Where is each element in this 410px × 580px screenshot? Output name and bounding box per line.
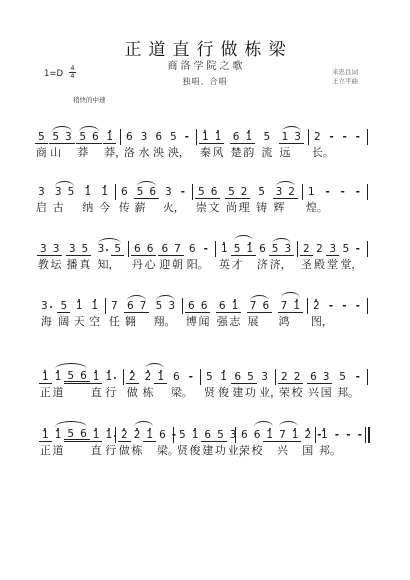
note-digit: 3 xyxy=(294,131,301,144)
note-digit: 6 xyxy=(134,243,141,256)
note-group: 6洛 xyxy=(123,131,136,144)
note: 5流 xyxy=(261,131,274,144)
barline xyxy=(367,369,368,385)
note-group: 1莽， xyxy=(103,131,116,144)
note: 6梁。 xyxy=(156,429,169,442)
note-digit: 5 xyxy=(198,186,205,199)
barline xyxy=(367,129,368,145)
note-digit: 3 xyxy=(40,243,47,256)
note: 6闻 xyxy=(198,300,211,313)
score-body: 5商5山35莽61莽，6洛3水6泱5泱，-1秦1风6楚1韵5流1远32长。---… xyxy=(0,0,410,580)
measure: 6博6闻6强1志7展67鸿1 xyxy=(185,300,308,314)
high-octave-dot xyxy=(149,428,151,430)
lyric: 济 xyxy=(257,259,268,271)
lyric: 商 xyxy=(36,147,47,159)
note: 3火， xyxy=(162,186,175,199)
note-digit: 3 xyxy=(165,186,172,199)
note-group: 6梁。 xyxy=(156,429,169,442)
lyric: 栋 xyxy=(142,387,153,399)
note-group: - xyxy=(353,131,363,144)
barline xyxy=(192,184,193,200)
note: 6文 xyxy=(208,186,221,199)
measure: 3启3古51纳1今 xyxy=(35,186,116,200)
note: 3 xyxy=(62,131,75,144)
note-group: - xyxy=(201,243,211,256)
slur-group: 3辉2 xyxy=(273,186,298,199)
note: 1邦。 xyxy=(318,429,331,442)
note-group: - xyxy=(326,300,336,313)
note-digit: 5 xyxy=(264,131,271,144)
note-group: 1秦1风 xyxy=(199,131,224,144)
lyric: 展 xyxy=(248,316,259,328)
note-group: 6楚1韵 xyxy=(230,131,255,144)
lyric: 兴 xyxy=(277,445,288,457)
note-digit: 3 xyxy=(329,243,336,256)
lyric: 圣 xyxy=(301,259,312,271)
note-group: 6济 xyxy=(256,243,269,256)
note-group: - xyxy=(353,300,363,313)
high-octave-dot xyxy=(296,299,298,301)
dash-glyph: - xyxy=(335,429,339,442)
note-digit: 1 xyxy=(282,131,289,144)
note-digit: 6 xyxy=(234,371,241,384)
lyric: 迎 xyxy=(159,259,170,271)
note-digit: 3 xyxy=(98,243,105,256)
note: 6梁。 xyxy=(170,371,183,384)
sustain-dash: - xyxy=(353,186,363,199)
lyric: 栋 xyxy=(132,445,143,457)
measure: 1煌。--- xyxy=(305,186,368,200)
note-group: 1天 xyxy=(73,300,86,313)
note-digit: 3 xyxy=(284,243,291,256)
note: 1 xyxy=(290,300,303,313)
high-octave-dot xyxy=(57,370,59,372)
note-group: 3业， xyxy=(258,371,271,384)
note-digit: 1 xyxy=(266,429,273,442)
lyric: 翱 xyxy=(125,316,136,328)
lyric: 莽 xyxy=(77,147,88,159)
note: 1 xyxy=(143,429,156,442)
note: 1行 xyxy=(102,429,119,442)
note-group: 1俊 xyxy=(189,429,202,442)
lyric: 建 xyxy=(202,445,213,457)
lyric: 天 xyxy=(74,316,85,328)
note-group: 5尚2理 xyxy=(225,186,250,199)
note-digit: 3 xyxy=(41,300,48,313)
note-digit: 5 xyxy=(67,428,74,441)
slur-group: 3知，5 xyxy=(95,243,124,256)
note-digit: 1 xyxy=(105,371,112,384)
note-group: - xyxy=(186,371,196,384)
high-octave-dot xyxy=(194,428,196,430)
note-digit: 7 xyxy=(140,300,147,313)
notes-row: 2图，--- xyxy=(310,300,363,314)
note: 6济 xyxy=(256,243,269,256)
note: 3 xyxy=(291,131,304,144)
note-group: 6荣 xyxy=(238,429,251,442)
slur-group: 6校1 xyxy=(251,429,276,442)
note-digit: 5 xyxy=(67,370,74,383)
barline xyxy=(215,241,216,257)
note-digit: 5 xyxy=(114,243,121,256)
note: 3启 xyxy=(35,186,48,199)
note-digit: 1 xyxy=(93,371,100,384)
note-digit: 6 xyxy=(80,428,87,441)
note: 2殿 xyxy=(313,243,326,256)
note-group: 1英 xyxy=(218,243,231,256)
note: 1俊 xyxy=(189,429,202,442)
note-group: 6建5功 xyxy=(231,371,256,384)
dash-glyph: - xyxy=(356,300,360,313)
notes-row: 1煌。--- xyxy=(305,186,363,200)
note-group: 5贤 xyxy=(203,371,216,384)
high-octave-dot xyxy=(204,130,206,132)
high-octave-dot xyxy=(269,428,271,430)
sustain-dash: - xyxy=(338,186,348,199)
note-digit: 6 xyxy=(204,429,211,442)
lyric: 邦。 xyxy=(319,445,341,457)
note: 6迎 xyxy=(158,243,171,256)
note: 7 xyxy=(137,300,150,313)
note-group: 1直 xyxy=(90,371,103,384)
lyric: 梁。 xyxy=(171,387,193,399)
note: 6洛 xyxy=(123,131,136,144)
sustain-dash: - xyxy=(186,371,196,384)
note: 6 xyxy=(77,371,90,384)
high-octave-dot xyxy=(294,428,296,430)
lyric: 火， xyxy=(163,202,185,214)
note-group: 2做 xyxy=(118,429,131,442)
note-digit: 7 xyxy=(281,300,288,313)
lyric: 做 xyxy=(119,445,130,457)
note: 6传 xyxy=(118,186,131,199)
note-digit: 2 xyxy=(288,186,295,199)
note: 1道 xyxy=(52,429,65,442)
high-octave-dot xyxy=(160,370,162,372)
slur-group: 7展6 xyxy=(247,300,272,313)
measure: 2做2栋16梁。- xyxy=(118,429,174,443)
note: 1风 xyxy=(212,131,225,144)
high-octave-dot xyxy=(147,370,149,372)
note-digit: 1 xyxy=(245,131,252,144)
lyric: 功 xyxy=(245,387,256,399)
note-digit: 5 xyxy=(79,131,86,144)
note: 3堂 xyxy=(326,243,339,256)
note: 1空 xyxy=(88,300,101,313)
barline xyxy=(235,427,236,443)
note-digit: 1 xyxy=(93,429,100,442)
lyric: 阔 xyxy=(58,316,69,328)
note-digit: 1 xyxy=(246,243,253,256)
dash-glyph: - xyxy=(181,186,185,199)
barline xyxy=(307,298,308,314)
sustain-dash: - xyxy=(182,131,192,144)
sustain-dash: - xyxy=(326,131,336,144)
note: 5贤 xyxy=(176,429,189,442)
high-octave-dot xyxy=(307,428,309,430)
note-digit: 3 xyxy=(55,186,62,199)
measure: 5商5山35莽61莽， xyxy=(35,131,121,145)
notes-row: 2做2栋16梁。- xyxy=(118,429,169,443)
note-digit: 2 xyxy=(316,243,323,256)
lyric: 秦 xyxy=(200,147,211,159)
note: 3教 xyxy=(37,243,50,256)
high-octave-dot xyxy=(94,299,96,301)
note-group: 1今 xyxy=(98,186,111,199)
high-octave-dot xyxy=(136,428,138,430)
note: 5真 xyxy=(79,243,92,256)
sustain-dash: - xyxy=(353,371,363,384)
note-group: 3教3坛 xyxy=(37,243,62,256)
high-octave-dot xyxy=(223,242,225,244)
lyric: 功 xyxy=(215,445,226,457)
note: 2理 xyxy=(238,186,251,199)
note-group: - xyxy=(178,186,188,199)
note: 5才 xyxy=(231,243,244,256)
note-digit: 6 xyxy=(159,429,166,442)
note-digit: 6 xyxy=(233,131,240,144)
score-page: 正道直行做栋梁 商洛学院之歌 独唱、合唱 1=D 4 4 稍快的中速 米忠良词 … xyxy=(0,0,410,580)
lyric: 国 xyxy=(302,445,313,457)
barline xyxy=(275,369,276,385)
lyric: 贤 xyxy=(204,387,215,399)
note-digit: 3 xyxy=(323,371,330,384)
note: 5 xyxy=(65,186,78,199)
lyric: 任 xyxy=(109,316,120,328)
notes-row: 1正1道561直1行 xyxy=(39,429,111,443)
note: 1韵 xyxy=(242,131,255,144)
barline xyxy=(200,369,201,385)
note-digit: 2 xyxy=(313,300,320,313)
note-group: 6阳。 xyxy=(186,243,199,256)
slur-group: 1远3 xyxy=(279,131,304,144)
note: 1远 xyxy=(279,131,292,144)
high-octave-dot xyxy=(248,130,250,132)
note: 5翔。 xyxy=(153,300,166,313)
notes-row: 5崇6文5尚2理5铸3辉2 xyxy=(195,186,298,200)
note-group: 1煌。 xyxy=(305,186,318,199)
note-digit: 1 xyxy=(321,429,328,442)
note-group: 6博6闻 xyxy=(185,300,210,313)
measure: 2长。--- xyxy=(311,131,368,145)
notes-row: 2圣2殿3堂5堂，- xyxy=(300,243,363,257)
note-group: - xyxy=(353,243,363,256)
note-group: 1空 xyxy=(88,300,101,313)
note-digit: 3 xyxy=(69,243,76,256)
measure: 6传5薪63火，- xyxy=(118,186,193,200)
score-line-2: 3启3古51纳1今6传5薪63火，-5崇6文5尚2理5铸3辉21煌。--- xyxy=(0,186,410,216)
note-digit: 7 xyxy=(174,243,181,256)
dash-glyph: - xyxy=(356,371,360,384)
note-digit: 5 xyxy=(52,131,59,144)
score-line-4: 3海5阔1天1空7任6翱75翔。36博6闻6强1志7展67鸿12图，--- xyxy=(0,300,410,330)
note-digit: 6 xyxy=(92,131,99,144)
note: 5 xyxy=(111,243,124,256)
note: 2图， xyxy=(310,300,323,313)
note: 3 xyxy=(281,243,294,256)
lyric: 韵 xyxy=(243,147,254,159)
lyric: 流 xyxy=(261,147,272,159)
note-digit: 1 xyxy=(84,186,91,199)
high-octave-dot xyxy=(87,185,89,187)
sustain-dash: - xyxy=(353,131,363,144)
lyric: 梁。 xyxy=(157,445,179,457)
high-octave-dot xyxy=(78,299,80,301)
lyric: 道 xyxy=(53,387,64,399)
note-digit: 6 xyxy=(121,186,128,199)
note: 2做 xyxy=(118,429,131,442)
note-group: 1行 xyxy=(102,429,119,442)
note-digit: 3 xyxy=(261,371,268,384)
note-digit: 6 xyxy=(254,429,261,442)
note: 1 xyxy=(154,371,167,384)
measure: 2圣2殿3堂5堂，- xyxy=(300,243,368,257)
sustain-dash: - xyxy=(355,429,365,442)
note-group: 6强1志 xyxy=(216,300,241,313)
note-group: 5泱， xyxy=(167,131,180,144)
lyric: 传 xyxy=(119,202,130,214)
note-group: - xyxy=(326,131,336,144)
note-digit: 2 xyxy=(304,429,311,442)
note-group: 5邦。 xyxy=(336,371,349,384)
notes-row: 1秦1风6楚1韵5流1远3 xyxy=(199,131,304,145)
score-line-3: 3教3坛3播5真3知，56丹6心6迎7朝6阳。-1英5才16济5济，32圣2殿3… xyxy=(0,243,410,273)
high-octave-dot xyxy=(223,370,225,372)
note-group: 6建5功 xyxy=(201,429,226,442)
note-digit: 1 xyxy=(42,429,49,442)
barline xyxy=(105,298,106,314)
note-group: 1行 xyxy=(102,371,119,384)
note: 7展 xyxy=(247,300,260,313)
note: 5泱， xyxy=(167,131,180,144)
note-digit: 1 xyxy=(91,300,98,313)
note-digit: 1 xyxy=(232,300,239,313)
slur-group: 2栋1 xyxy=(142,371,167,384)
note: 5阔 xyxy=(57,300,70,313)
notes-row: 6荣6校17兴12国- xyxy=(238,429,311,443)
lyric: 才 xyxy=(232,259,243,271)
note: 3坛 xyxy=(50,243,63,256)
notes-row: 2做2栋16梁。- xyxy=(126,371,196,385)
note-digit: 6 xyxy=(241,429,248,442)
note-digit: 1 xyxy=(202,131,209,144)
note-group: 5阔 xyxy=(57,300,70,313)
note: 3国 xyxy=(320,371,333,384)
note: 2做 xyxy=(126,371,139,384)
note-digit: 6 xyxy=(259,243,266,256)
lyric: 邦。 xyxy=(337,387,359,399)
note: 5邦。 xyxy=(336,371,349,384)
note: 1行 xyxy=(102,371,119,384)
note-group: 2图， xyxy=(310,300,323,313)
note-digit: 6 xyxy=(201,300,208,313)
note: 2国 xyxy=(301,429,314,442)
measure: 3海5阔1天1空 xyxy=(38,300,106,314)
note: 6泱 xyxy=(152,131,165,144)
note-group: 5商 xyxy=(35,131,48,144)
lyric: 远 xyxy=(279,147,290,159)
note: 5 xyxy=(64,429,77,442)
high-octave-dot xyxy=(217,130,219,132)
notes-row: 1英5才16济5济，3 xyxy=(218,243,293,257)
note-group: 3火， xyxy=(162,186,175,199)
note-digit: 5 xyxy=(258,186,265,199)
slur-group: 5翔。3 xyxy=(153,300,178,313)
barline xyxy=(115,427,116,443)
high-octave-dot xyxy=(108,370,110,372)
note-group: 6泱 xyxy=(152,131,165,144)
note-digit: 5 xyxy=(68,186,75,199)
note-digit: 6 xyxy=(147,243,154,256)
note-group: - xyxy=(343,429,353,442)
notes-row: 1邦。--- xyxy=(318,429,365,443)
dash-glyph: - xyxy=(358,429,362,442)
note-digit: 7 xyxy=(250,300,257,313)
lyric: 直 xyxy=(91,445,102,457)
note: 1天 xyxy=(73,300,86,313)
note-group: - xyxy=(322,186,332,199)
slur-group: 2栋1 xyxy=(131,429,156,442)
note-group: 3启 xyxy=(35,186,48,199)
note-digit: 2 xyxy=(129,371,136,384)
note-digit: 1 xyxy=(55,371,62,384)
lyric: 校 xyxy=(252,445,263,457)
notes-row: 6博6闻6强1志7展67鸿1 xyxy=(185,300,303,314)
lyric: 启 xyxy=(36,202,47,214)
sustain-dash: - xyxy=(339,300,349,313)
lyric: 水 xyxy=(139,147,150,159)
note-digit: 6 xyxy=(262,300,269,313)
note-digit: 1 xyxy=(106,131,113,144)
lyric: 知， xyxy=(97,259,119,271)
measure: 6洛3水6泱5泱，- xyxy=(123,131,197,145)
slur-group: 5薪6 xyxy=(134,186,159,199)
measure: 6丹6心6迎7朝6阳。- xyxy=(131,243,216,257)
note-digit: 3 xyxy=(141,131,148,144)
note-group: - xyxy=(339,300,349,313)
barline xyxy=(367,241,368,257)
dash-glyph: - xyxy=(356,131,360,144)
lyric: 荣 xyxy=(279,387,290,399)
note-digit: 5 xyxy=(339,371,346,384)
note: 5济， xyxy=(269,243,282,256)
note-digit: 5 xyxy=(228,186,235,199)
note-digit: 6 xyxy=(188,300,195,313)
note: 6强 xyxy=(216,300,229,313)
dash-glyph: - xyxy=(325,186,329,199)
note: 1莽， xyxy=(103,131,116,144)
note-digit: 3 xyxy=(65,131,72,144)
sustain-dash: - xyxy=(340,131,350,144)
dash-glyph: - xyxy=(329,300,333,313)
note: 5铸 xyxy=(255,186,268,199)
dash-glyph: - xyxy=(341,186,345,199)
measure: 5贤1俊6建5功3业， xyxy=(176,429,236,443)
lyric: 强 xyxy=(217,316,228,328)
lyric: 荣 xyxy=(239,445,250,457)
note: 3播 xyxy=(66,243,79,256)
lyric: 志 xyxy=(229,316,240,328)
note: 1煌。 xyxy=(305,186,318,199)
note-digit: 7 xyxy=(279,429,286,442)
note-group: 6梁。 xyxy=(170,371,183,384)
note-group: 3海 xyxy=(38,300,55,313)
note: 3水 xyxy=(138,131,151,144)
note-digit: 5 xyxy=(272,243,279,256)
sustain-dash: - xyxy=(322,186,332,199)
score-line-6: 1正1道561直1行2做2栋16梁。-5贤1俊6建5功3业，6荣6校17兴12国… xyxy=(0,429,410,459)
high-octave-dot xyxy=(249,242,251,244)
